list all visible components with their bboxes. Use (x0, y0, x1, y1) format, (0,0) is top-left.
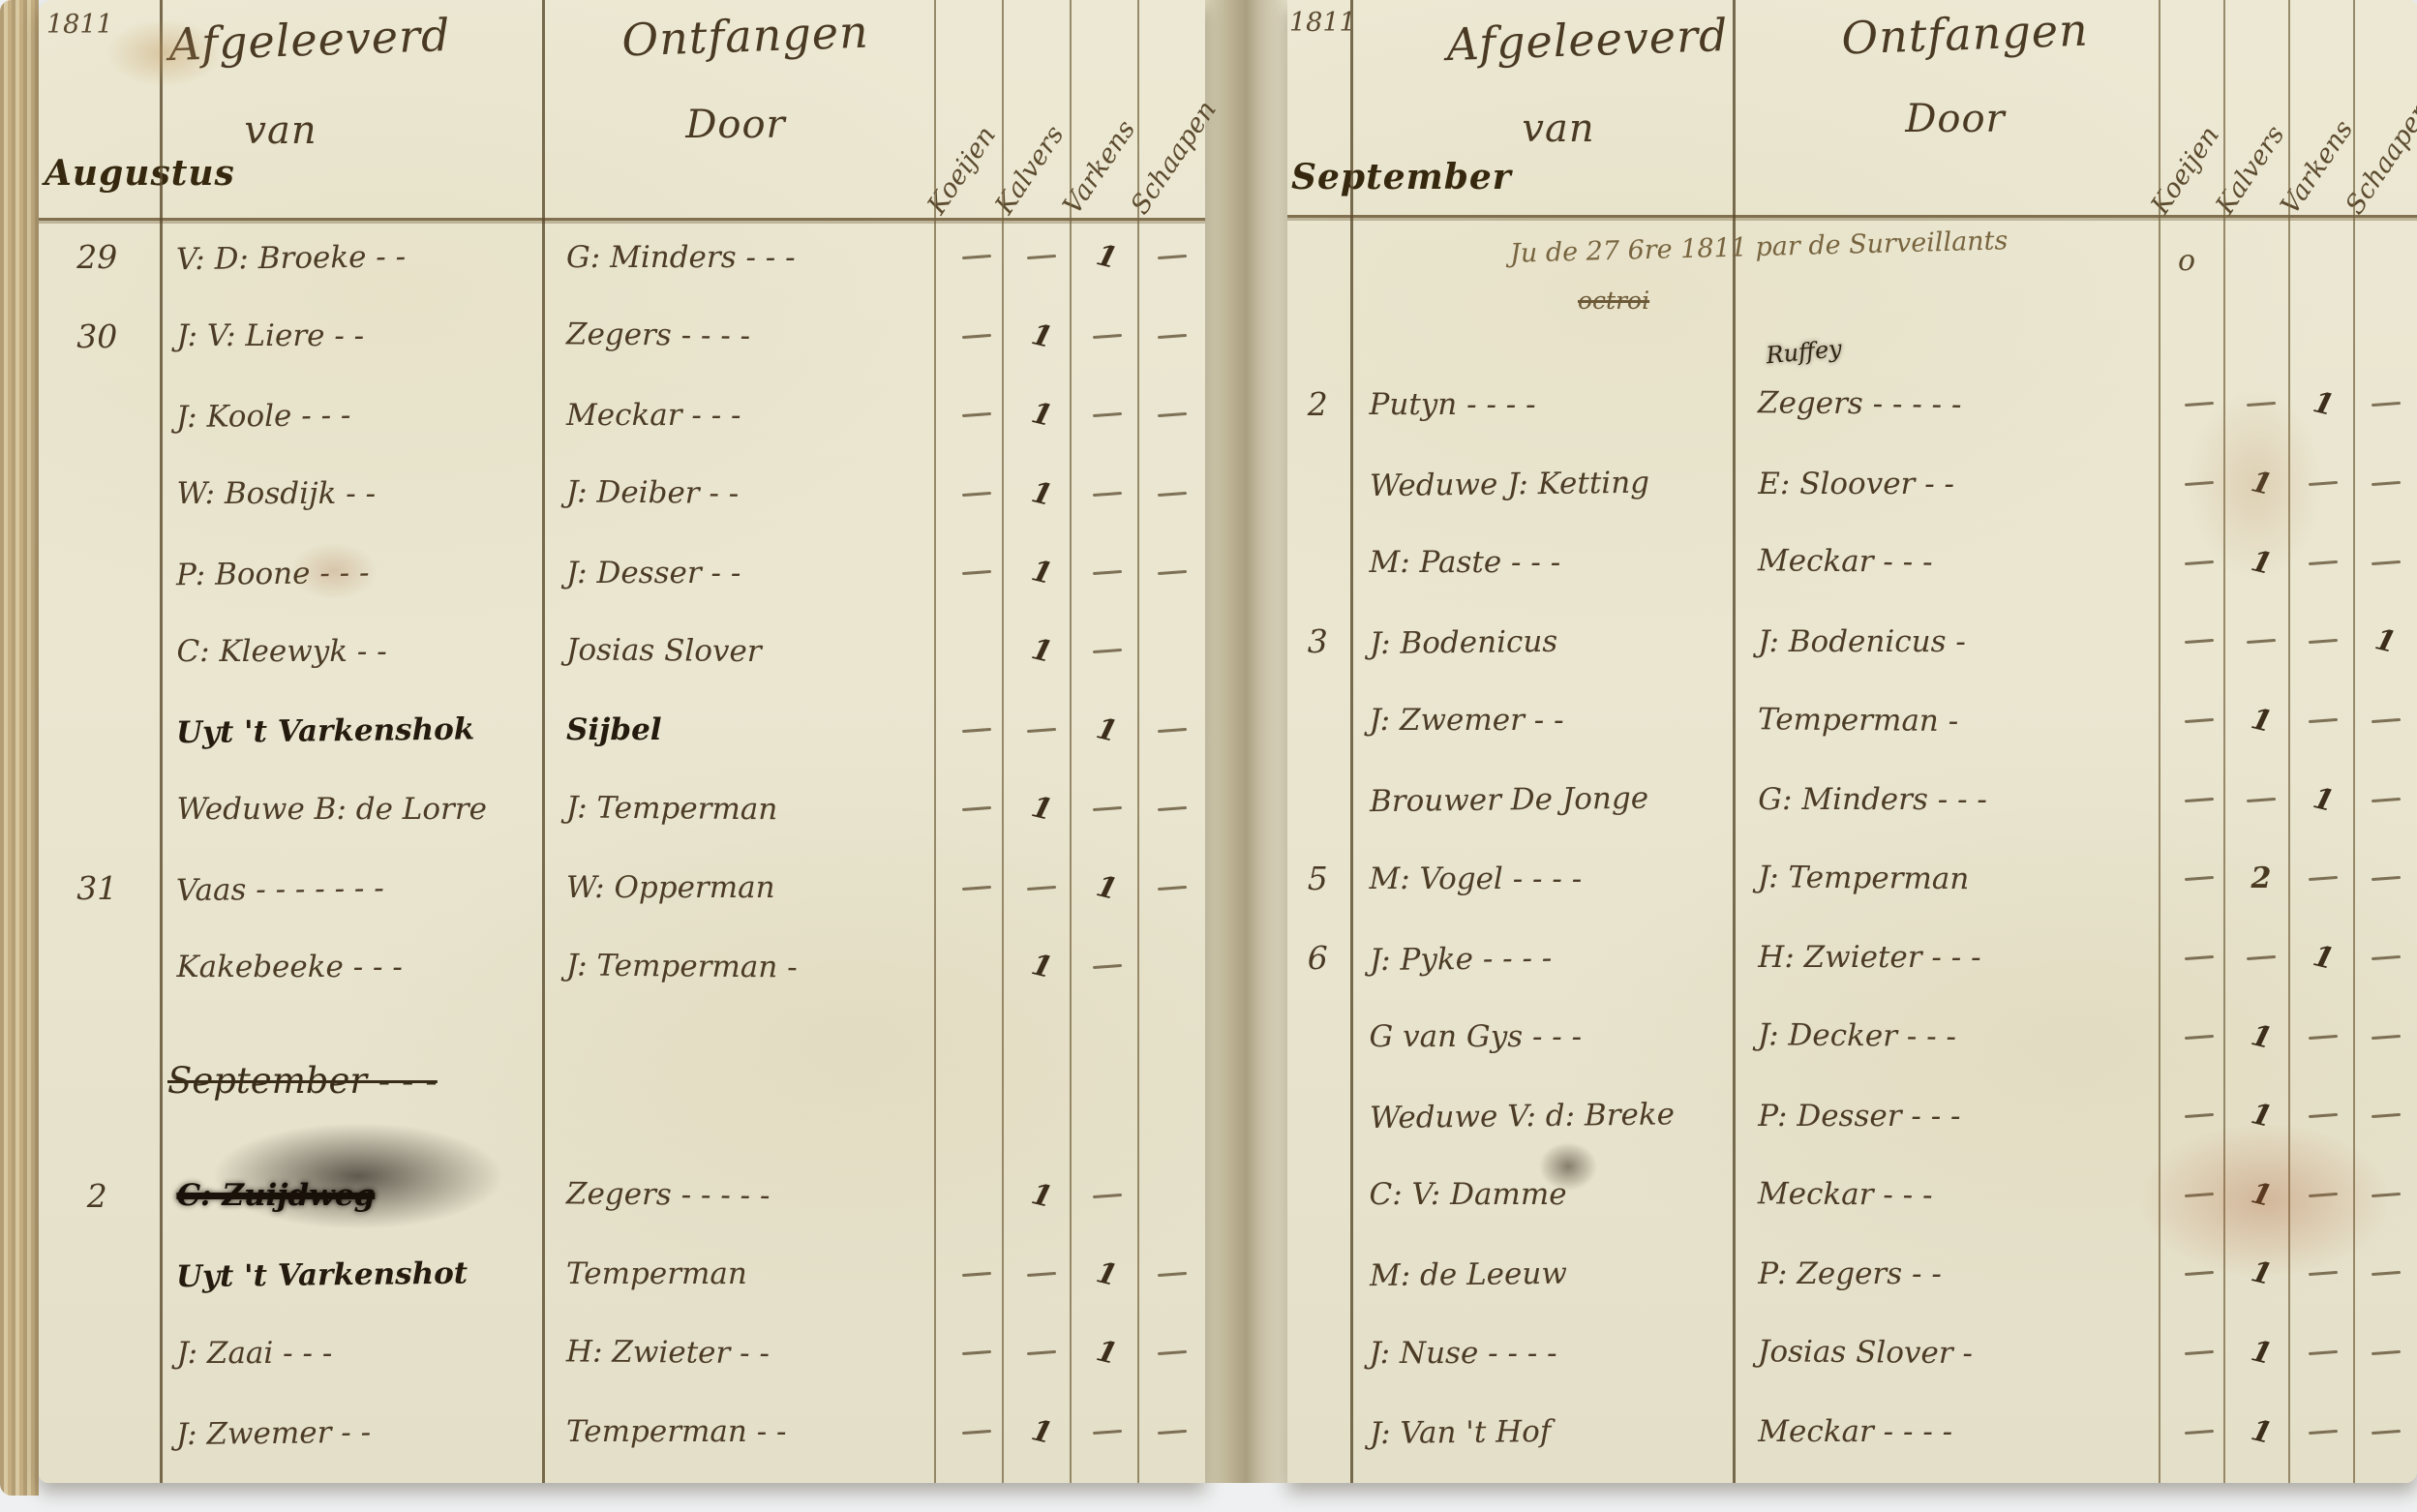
tally-cell (944, 533, 1009, 612)
delivered-by-name: J: Bodenicus (1369, 624, 1557, 661)
tally-mark: 1 (2248, 544, 2276, 582)
tally-cell (1010, 218, 1074, 296)
day-cell (39, 770, 155, 848)
tally-mark (1027, 728, 1056, 733)
tally-mark: 1 (1093, 238, 1121, 276)
tally-cell (1074, 612, 1139, 690)
received-by-name: J: Deiber - - (566, 474, 740, 511)
delivered-by-name: Putyn - - - - (1370, 387, 1536, 422)
ledger-row: Uyt 't VarkenshotTemperman1 (39, 1235, 1205, 1314)
tally-cell (1140, 533, 1205, 612)
tally-cell (2167, 1234, 2229, 1314)
tally-mark: 1 (1028, 948, 1056, 985)
day-cell (1287, 681, 1348, 761)
tally-cell: 1 (2230, 1076, 2292, 1156)
delivered-by-cell: W: Bosdijk - - (155, 454, 545, 532)
day-cell (1287, 760, 1348, 839)
delivered-by-name: M: de Leeuw (1369, 1256, 1566, 1293)
day-cell: 2 (39, 1156, 155, 1234)
tally-cell (944, 612, 1009, 690)
tally-mark (1093, 412, 1122, 417)
book-page-stack-edge (0, 0, 39, 1496)
ledger-row: Kakebeeke - - -J: Temperman -1 (39, 927, 1205, 1006)
received-by-name: Temperman (566, 1256, 747, 1291)
tally-cell (944, 691, 1009, 770)
tally-cell (2355, 839, 2417, 919)
tally-mark (962, 1430, 991, 1435)
tally-cell: 1 (1074, 1314, 1139, 1392)
tally-cell (1074, 770, 1139, 848)
tally-mark (2309, 1430, 2338, 1435)
month-label-augustus: Augustus (45, 153, 235, 194)
tally-mark (2372, 1113, 2401, 1118)
tally-mark (2309, 639, 2338, 644)
received-by-cell: Zegers - - - - - (545, 1154, 945, 1236)
tally-mark: 1 (1028, 396, 1056, 434)
received-by-cell: Meckar - - - (1737, 1154, 2168, 1237)
received-by-name: P: Desser - - - (1758, 1099, 1960, 1134)
tally-cell (2355, 1392, 2417, 1471)
delivered-by-name: J: V: Liere - - (176, 318, 364, 353)
ledger-row: W: Bosdijk - -J: Deiber - -1 (39, 454, 1205, 532)
ledger-row: M: Paste - - -Meckar - - -1 (1287, 523, 2417, 602)
received-by-cell: Zegers - - - - (545, 295, 945, 378)
tally-cell (2167, 839, 2229, 919)
received-by-name: G: Minders - - - (1758, 782, 1987, 817)
tally-mark (962, 728, 991, 733)
tally-cell: 1 (1010, 296, 1074, 375)
day-cell (39, 612, 155, 690)
delivered-by-cell: J: Bodenicus (1347, 600, 1737, 684)
tally-cell (2355, 523, 2417, 602)
tally-cell: 1 (2230, 523, 2292, 602)
delivered-by-name: Uyt 't Varkenshok (176, 711, 475, 750)
ledger-row: Weduwe J: KettingE: Sloover - -1 (1287, 444, 2417, 524)
tally-cell (2292, 997, 2354, 1076)
delivered-by-cell: M: Paste - - - (1348, 523, 1737, 602)
ledger-row: J: Nuse - - - -Josias Slover -1 (1287, 1314, 2417, 1393)
tally-mark: 1 (2248, 465, 2276, 502)
tally-mark (2184, 1113, 2213, 1118)
ledger-row: J: Zwemer - -Temperman - -1 (39, 1393, 1205, 1471)
tally-cell: 1 (1010, 612, 1074, 690)
tally-mark (1158, 492, 1187, 497)
received-by-name: Zegers - - - - - (566, 1176, 770, 1213)
tally-cell (1140, 1156, 1205, 1234)
tally-mark: 1 (2248, 1097, 2276, 1134)
ledger-rows-right: Ju de 27 6re 1811 par de Surveillantsoct… (1287, 215, 2417, 1471)
tally-mark: 1 (1028, 475, 1056, 513)
tally-cell (1074, 376, 1139, 454)
received-by-cell: G: Minders - - - (545, 218, 944, 296)
received-by-cell: J: Decker - - - (1737, 995, 2168, 1078)
tally-cell (2355, 1234, 2417, 1314)
tally-cell: 1 (1010, 1156, 1074, 1234)
received-by-name: J: Bodenicus - (1758, 624, 1966, 659)
tally-mark (2184, 718, 2213, 723)
tally-cell (2230, 365, 2292, 444)
day-cell (1287, 1392, 1348, 1471)
received-by-name: Meckar - - - - (1758, 1414, 1952, 1449)
note-tally-mark: o (2178, 244, 2195, 278)
delivered-by-name: J: Zwemer - - (176, 1414, 372, 1451)
tally-cell (1140, 1393, 1205, 1471)
day-cell (1287, 523, 1348, 602)
marginal-note-row: Ju de 27 6re 1811 par de Surveillantsoct… (1287, 215, 2417, 365)
year-label: 1811 (1289, 8, 1356, 38)
tally-mark (2184, 876, 2213, 881)
tally-cell (1010, 849, 1074, 927)
tally-mark (1093, 964, 1122, 969)
delivered-by-cell: C: Kleewyk - - (155, 612, 545, 690)
day-cell (1287, 1234, 1348, 1314)
tally-cell (2292, 1234, 2354, 1314)
ledger-row: M: de LeeuwP: Zegers - -1 (1287, 1234, 2417, 1314)
received-by-cell: Meckar - - - - (1737, 1392, 2167, 1471)
delivered-by-cell: P: Boone - - - (155, 530, 546, 614)
delivered-by-name: J: Zaai - - - (176, 1336, 332, 1371)
delivered-by-name: W: Bosdijk - - (176, 476, 376, 511)
received-by-name: Sijbel (566, 712, 662, 747)
received-by-cell: J: Temperman - (545, 925, 945, 1008)
delivered-by-name: J: Van 't Hof (1369, 1414, 1551, 1451)
tally-mark (2184, 639, 2213, 644)
tally-cell: 1 (2292, 760, 2354, 839)
tally-cell (944, 454, 1009, 532)
tally-mark (2247, 798, 2276, 802)
delivered-by-name: J: Nuse - - - - (1370, 1336, 1557, 1371)
tally-cell (1140, 770, 1205, 848)
tally-mark: 1 (1028, 1176, 1056, 1214)
tally-mark (962, 255, 991, 259)
received-by-cell: Meckar - - - (1737, 521, 2168, 604)
received-by-cell: G: Minders - - - (1737, 760, 2167, 839)
delivered-by-cell: J: Koole - - - (155, 373, 546, 456)
delivered-by-name: G van Gys - - - (1370, 1019, 1583, 1054)
delivered-by-cell: Brouwer De Jonge (1347, 758, 1737, 842)
received-by-name: G: Minders - - - (566, 240, 796, 275)
tally-mark (2184, 1271, 2213, 1276)
received-by-name: H: Zwieter - - (566, 1334, 770, 1371)
delivered-by-cell: J: Van 't Hof (1347, 1390, 1737, 1474)
tally-mark (2309, 1193, 2338, 1197)
tally-cell: 1 (1010, 454, 1074, 532)
tally-cell (2292, 444, 2354, 524)
tally-cell (1140, 927, 1205, 1006)
received-by-name: J: Desser - - (566, 556, 740, 590)
received-by-name: Zegers - - - - - (1758, 385, 1962, 422)
delivered-by-name: Weduwe V: d: Breke (1369, 1097, 1674, 1135)
ledger-row: 2Putyn - - - -Zegers - - - - -Ruffey1 (1287, 365, 2417, 444)
tally-cell (2167, 602, 2229, 681)
tally-cell (1140, 1235, 1205, 1314)
tally-mark: 1 (2372, 622, 2400, 660)
day-cell: 29 (39, 218, 155, 296)
tally-cell (1140, 1314, 1205, 1392)
ledger-row: 30J: V: Liere - -Zegers - - - -1 (39, 296, 1205, 375)
delivered-by-name: Brouwer De Jonge (1369, 781, 1648, 820)
tally-cell (2167, 1076, 2229, 1156)
tally-cell (2292, 839, 2354, 919)
tally-cell (2355, 444, 2417, 524)
ledger-page-right: 1811 Afgeleeverd van Ontfangen Door Sept… (1287, 0, 2417, 1483)
tally-mark (2372, 1193, 2401, 1197)
delivered-by-cell: J: Zwemer - - (155, 1390, 546, 1473)
tally-mark (2372, 1271, 2401, 1276)
ledger-page-left: 1811 Afgeleeverd van Ontfangen Door Augu… (39, 0, 1205, 1483)
tally-mark: 1 (1093, 711, 1121, 749)
tally-cell (2292, 1156, 2354, 1235)
day-cell: 5 (1287, 839, 1348, 919)
received-by-name: Josias Slover (566, 632, 762, 669)
day-cell: 31 (39, 849, 155, 927)
tally-cell: 1 (1010, 770, 1074, 848)
received-by-cell: J: Deiber - - (545, 453, 945, 535)
received-by-cell: J: Temperman (1737, 837, 2168, 921)
tally-mark (2372, 798, 2401, 802)
tally-cell: 1 (2230, 444, 2292, 524)
delivered-by-cell: J: Zwemer - - (1348, 681, 1737, 761)
tally-cell (1074, 296, 1139, 375)
ledger-row: 3J: BodenicusJ: Bodenicus -1 (1287, 602, 2417, 681)
tally-cell (944, 1393, 1009, 1471)
received-by-name: J: Temperman (1758, 860, 1970, 896)
tally-mark (1158, 1272, 1187, 1277)
day-cell (39, 533, 155, 612)
tally-cell (2292, 1314, 2354, 1393)
tally-cell (1140, 454, 1205, 532)
tally-mark (1158, 1430, 1187, 1435)
tally-mark (1027, 886, 1056, 891)
tally-mark (2372, 955, 2401, 960)
tally-cell (2355, 760, 2417, 839)
delivered-by-cell: J: Zaai - - - (155, 1314, 545, 1392)
ledger-row: Weduwe V: d: BrekeP: Desser - - -1 (1287, 1076, 2417, 1156)
tally-mark (2372, 1430, 2401, 1435)
delivered-by-name: P: Boone - - - (176, 555, 370, 591)
tally-mark (2309, 560, 2338, 565)
marginal-note-text: Ju de 27 6re 1811 par de Surveillants (1510, 226, 2009, 268)
tally-cell: 1 (2230, 997, 2292, 1076)
tally-cell (2355, 919, 2417, 998)
tally-mark (962, 412, 991, 417)
tally-cell (944, 1235, 1009, 1314)
tally-mark (1158, 570, 1187, 575)
tally-cell (2167, 1156, 2229, 1235)
received-by-cell: Meckar - - - (545, 376, 944, 454)
day-cell (39, 1314, 155, 1392)
tally-cell (2292, 602, 2354, 681)
tally-cell: 1 (2292, 365, 2354, 444)
delivered-by-name: Weduwe J: Ketting (1369, 465, 1648, 503)
tally-mark (1093, 1430, 1122, 1435)
day-cell (39, 1235, 155, 1314)
tally-cell: 1 (2230, 1156, 2292, 1235)
tally-cell (1140, 691, 1205, 770)
column-header-door: Door (1829, 97, 2081, 141)
delivered-by-name: M: Paste - - - (1370, 545, 1561, 580)
delivered-by-cell: Uyt 't Varkenshok (155, 688, 546, 771)
day-cell (39, 1007, 160, 1157)
tally-cell: 1 (2230, 1314, 2292, 1393)
delivered-by-cell: G van Gys - - - (1348, 997, 1737, 1076)
tally-mark: 1 (2248, 702, 2276, 740)
received-by-name: P: Zegers - - (1758, 1256, 1942, 1291)
tally-cell (2167, 997, 2229, 1076)
tally-cell (2230, 760, 2292, 839)
tally-mark (1093, 649, 1122, 653)
delivered-by-cell: Weduwe J: Ketting (1347, 441, 1737, 526)
received-by-cell: P: Zegers - - (1737, 1234, 2167, 1314)
day-cell (1287, 1314, 1348, 1393)
received-by-cell: H: Zwieter - - (545, 1312, 945, 1394)
delivered-by-name: Vaas - - - - - - - (176, 870, 384, 908)
tally-cell (2230, 919, 2292, 998)
column-header-van: van (1462, 106, 1655, 151)
received-by-name: J: Decker - - - (1758, 1017, 1956, 1054)
received-by-cell: Temperman - (1737, 680, 2168, 763)
delivered-by-cell: J: Pyke - - - - (1347, 916, 1737, 1000)
received-by-name: E: Sloover - - (1758, 467, 1954, 501)
tally-cell (2230, 602, 2292, 681)
delivered-by-name: M: Vogel - - - - (1370, 862, 1583, 896)
received-by-cell: J: Desser - - (545, 533, 944, 612)
received-by-cell: Temperman (545, 1235, 944, 1314)
tally-mark (2309, 1113, 2338, 1118)
tally-mark (2184, 560, 2213, 565)
delivered-by-cell: Kakebeeke - - - (155, 927, 545, 1006)
tally-cell (2355, 681, 2417, 761)
ledger-row: P: Boone - - -J: Desser - -1 (39, 533, 1205, 612)
day-cell (1287, 444, 1348, 524)
tally-mark: 1 (1028, 318, 1056, 355)
tally-mark: 1 (1028, 554, 1056, 591)
tally-mark: 1 (1028, 632, 1056, 670)
tally-mark (2184, 798, 2213, 802)
received-by-name: Temperman - - (566, 1414, 787, 1449)
column-header-door: Door (619, 103, 852, 147)
tally-mark: 2 (2251, 862, 2272, 895)
tally-mark (2184, 402, 2213, 407)
tally-mark (1093, 1193, 1122, 1197)
delivered-by-name: Kakebeeke - - - (176, 950, 402, 984)
tally-cell: 1 (1010, 1393, 1074, 1471)
tally-cell (2355, 1314, 2417, 1393)
tally-cell (2167, 681, 2229, 761)
tally-mark (962, 806, 991, 811)
tally-mark (962, 570, 991, 575)
tally-mark (2372, 1035, 2401, 1040)
delivered-by-name: Uyt 't Varkenshot (176, 1255, 468, 1294)
tally-mark (1158, 412, 1187, 417)
tally-mark: 1 (1028, 1413, 1056, 1451)
tally-cell: 1 (1074, 849, 1139, 927)
ledger-row: J: Van 't HofMeckar - - - -1 (1287, 1392, 2417, 1471)
delivered-by-name: C: Zuijdweg (176, 1178, 375, 1213)
tally-cell: 1 (1074, 1235, 1139, 1314)
scribbled-name: Ruffey (1766, 335, 1844, 369)
received-by-cell: Temperman - - (545, 1393, 944, 1471)
tally-cell (944, 376, 1009, 454)
tally-mark (1093, 492, 1122, 497)
tally-mark (1158, 728, 1187, 733)
tally-cell (944, 218, 1009, 296)
tally-mark: 1 (2248, 1176, 2276, 1214)
ledger-scan: 1811 Afgeleeverd van Ontfangen Door Augu… (0, 0, 2417, 1512)
day-cell: 6 (1287, 919, 1348, 998)
tally-mark (1093, 570, 1122, 575)
tally-cell (1140, 296, 1205, 375)
day-cell: 30 (39, 296, 155, 375)
delivered-by-name: J: Pyke - - - - (1369, 940, 1552, 977)
tally-mark (2184, 955, 2213, 960)
tally-mark (1158, 1350, 1187, 1355)
delivered-by-cell: J: Nuse - - - - (1348, 1314, 1737, 1393)
tally-cell (1074, 454, 1139, 532)
ledger-row: J: Zaai - - -H: Zwieter - -1 (39, 1314, 1205, 1392)
delivered-by-cell: Weduwe B: de Lorre (155, 770, 545, 848)
delivered-by-cell: J: V: Liere - - (155, 296, 545, 375)
tally-mark (1027, 255, 1056, 259)
tally-mark: 1 (1028, 790, 1056, 828)
column-header-ontfangen: Ontfangen (551, 3, 940, 69)
tally-mark: 1 (1093, 1255, 1121, 1293)
tally-cell: 1 (2355, 602, 2417, 681)
column-header-ontfangen: Ontfangen (1770, 1, 2160, 67)
tally-mark: 1 (2310, 939, 2338, 977)
tally-cell (944, 1314, 1009, 1392)
tally-mark (2372, 402, 2401, 407)
tally-cell: 1 (2230, 1392, 2292, 1471)
crossed-out-word: octroi (1578, 287, 1649, 315)
tally-cell (2292, 523, 2354, 602)
ledger-row: C: V: DammeMeckar - - -1 (1287, 1156, 2417, 1235)
column-header-van: van (184, 108, 378, 153)
day-cell (39, 691, 155, 770)
tally-cell (2355, 997, 2417, 1076)
tally-mark (2372, 481, 2401, 486)
delivered-by-name: C: Kleewyk - - (176, 634, 386, 669)
received-by-name: J: Temperman (566, 790, 778, 827)
tally-cell: 1 (2230, 1234, 2292, 1314)
tally-mark (1158, 886, 1187, 891)
received-by-cell: Sijbel (545, 691, 944, 770)
tally-cell (1074, 533, 1139, 612)
delivered-by-name: J: Koole - - - (176, 398, 351, 435)
tally-cell (944, 849, 1009, 927)
tally-cell (944, 296, 1009, 375)
day-cell (39, 1393, 155, 1471)
tally-mark (962, 1350, 991, 1355)
delivered-by-cell: C: Zuijdweg (155, 1156, 545, 1234)
ledger-row: 31Vaas - - - - - - -W: Opperman1 (39, 849, 1205, 927)
tally-cell (1074, 927, 1139, 1006)
received-by-name: Meckar - - - (1758, 543, 1933, 580)
tally-cell: 1 (1074, 691, 1139, 770)
tally-mark (1158, 806, 1187, 811)
received-by-cell: E: Sloover - - (1737, 444, 2167, 524)
received-by-cell: P: Desser - - - (1737, 1076, 2167, 1156)
tally-mark (1027, 1350, 1056, 1355)
tally-cell: 1 (2230, 681, 2292, 761)
tally-cell (2167, 919, 2229, 998)
tally-mark (2184, 1430, 2213, 1435)
received-by-name: H: Zwieter - - - (1758, 940, 1980, 975)
tally-cell (2355, 1076, 2417, 1156)
tally-mark (962, 334, 991, 339)
ledger-row: J: Zwemer - -Temperman -1 (1287, 681, 2417, 761)
tally-mark (2309, 1035, 2338, 1040)
